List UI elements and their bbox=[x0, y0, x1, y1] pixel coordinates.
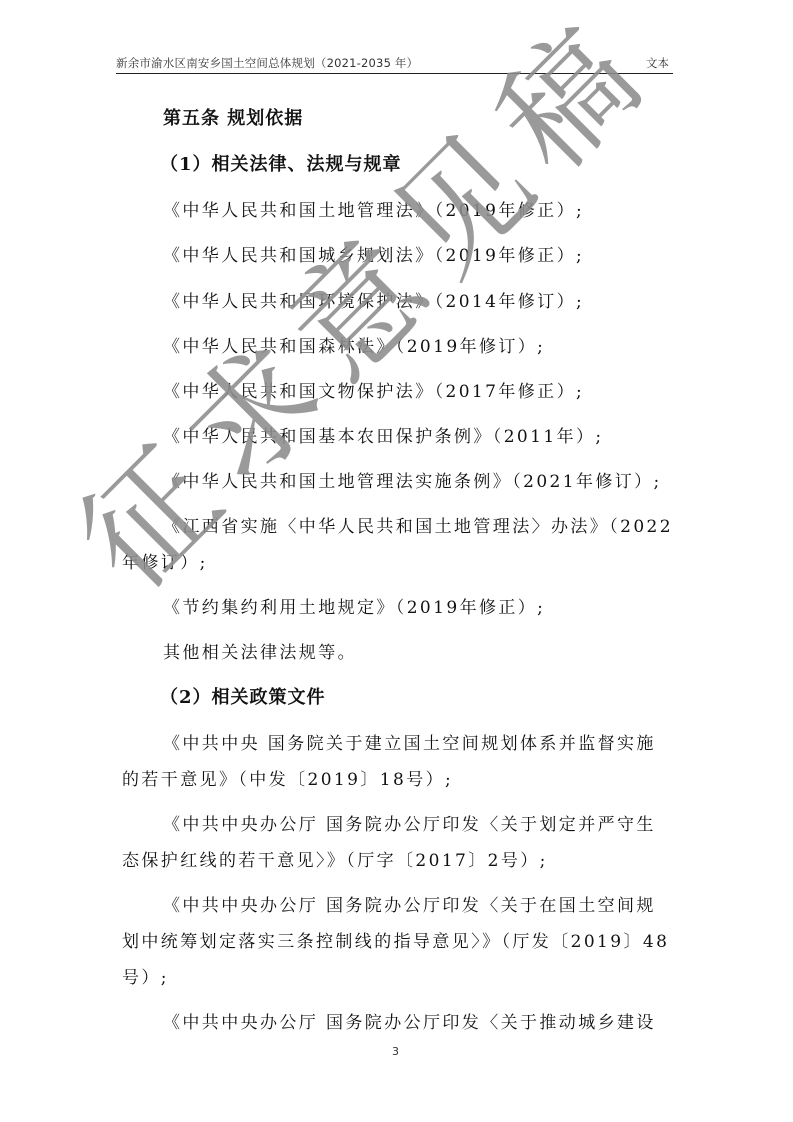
law-item: 《中华人民共和国环境保护法》（2014年修订）; bbox=[163, 287, 584, 312]
page-header: 新余市渝水区南安乡国土空间总体规划（2021-2035 年） 文本 bbox=[116, 54, 673, 74]
law-item: 《江西省实施〈中华人民共和国土地管理法〉办法》（2022 bbox=[163, 512, 673, 537]
section-heading-laws: （1）相关法律、法规与规章 bbox=[160, 150, 402, 176]
page-number: 3 bbox=[392, 1045, 399, 1058]
law-item: 《中华人民共和国基本农田保护条例》（2011年）; bbox=[163, 422, 604, 447]
law-item: 其他相关法律法规等。 bbox=[163, 638, 357, 663]
law-item: 《中华人民共和国文物保护法》（2017年修正）; bbox=[163, 377, 584, 402]
policy-item: 《中共中央办公厅 国务院办公厅印发〈关于在国土空间规 bbox=[163, 891, 656, 916]
section-heading-policies: （2）相关政策文件 bbox=[160, 683, 326, 709]
section-label: 文本 bbox=[646, 55, 673, 71]
document-title: 新余市渝水区南安乡国土空间总体规划（2021-2035 年） bbox=[116, 55, 418, 71]
law-item: 《中华人民共和国土地管理法》（2019年修正）; bbox=[163, 196, 584, 221]
policy-item: 《中共中央 国务院关于建立国土空间规划体系并监督实施 bbox=[163, 729, 656, 754]
policy-item-continuation: 的若干意见》（中发〔2019〕18号）; bbox=[122, 765, 453, 790]
policy-item: 《中共中央办公厅 国务院办公厅印发〈关于推动城乡建设 bbox=[163, 1008, 656, 1033]
law-item: 《中华人民共和国城乡规划法》（2019年修正）; bbox=[163, 241, 584, 266]
law-item-continuation: 年修订）; bbox=[122, 548, 208, 573]
law-item: 《中华人民共和国森林法》（2019年修订）; bbox=[163, 332, 545, 357]
policy-item: 《中共中央办公厅 国务院办公厅印发〈关于划定并严守生 bbox=[163, 810, 656, 835]
policy-item-continuation: 号）; bbox=[122, 963, 169, 988]
law-item: 《节约集约利用土地规定》（2019年修正）; bbox=[163, 593, 545, 618]
law-item: 《中华人民共和国土地管理法实施条例》（2021年修订）; bbox=[163, 467, 662, 492]
policy-item-continuation: 态保护红线的若干意见〉》（厅字〔2017〕2号）; bbox=[122, 846, 548, 871]
article-title: 第五条 规划依据 bbox=[163, 104, 303, 130]
policy-item-continuation: 划中统筹划定落实三条控制线的指导意见〉》（厅发〔2019〕48 bbox=[122, 927, 669, 952]
